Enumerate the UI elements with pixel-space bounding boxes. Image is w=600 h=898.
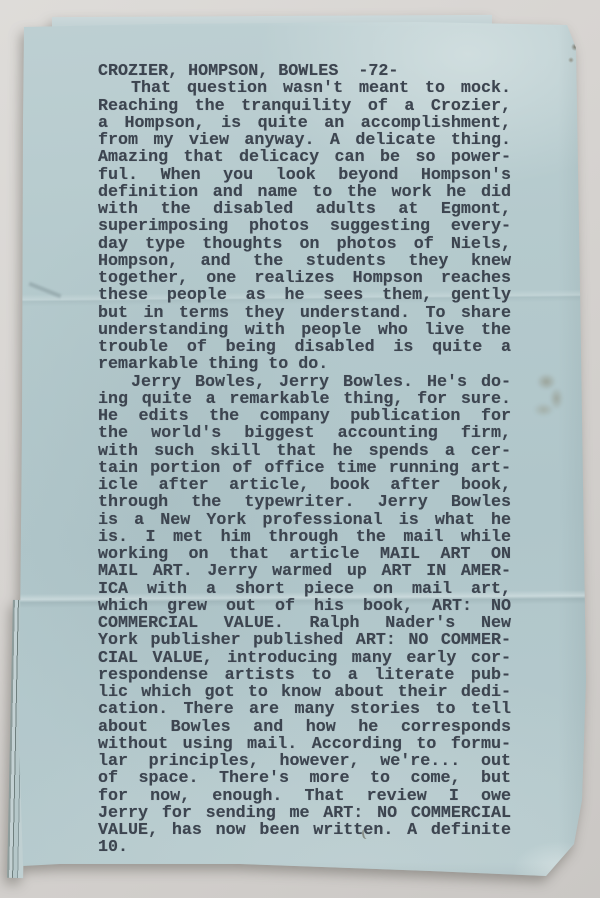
- paper-sheet: CROZIER, HOMPSON, BOWLES -72- That quest…: [0, 0, 600, 898]
- text-line: understanding with people who live the: [98, 322, 511, 339]
- text-line: VALUE, has now been written. A definite: [98, 822, 511, 839]
- text-line: day type thoughts on photos of Niels,: [98, 236, 511, 253]
- text-line: remarkable thing to do.: [98, 356, 511, 373]
- text-line: is a New York professional is what he: [98, 512, 511, 529]
- text-line: trouble of being disabled is quite a: [98, 339, 511, 356]
- text-line: Hompson, and the students they knew: [98, 253, 511, 270]
- text-line: working on that article MAIL ART ON: [98, 546, 511, 563]
- text-line: definition and name to the work he did: [98, 184, 511, 201]
- text-line: ICA with a short piece on mail art,: [98, 581, 511, 598]
- text-line: with such skill that he spends a cer-: [98, 443, 511, 460]
- text-line: without using mail. According to formu-: [98, 736, 511, 753]
- text-line: That question wasn't meant to mock.: [98, 80, 511, 97]
- text-line: CIAL VALUE, introducing many early cor-: [98, 650, 511, 667]
- text-line: COMMERCIAL VALUE. Ralph Nader's New: [98, 615, 511, 632]
- text-line: of space. There's more to come, but: [98, 770, 511, 787]
- text-line: from my view anyway. A delicate thing.: [98, 132, 511, 149]
- text-line: respondense artists to a literate pub-: [98, 667, 511, 684]
- text-line: ful. When you look beyond Hompson's: [98, 167, 511, 184]
- paper-group: CROZIER, HOMPSON, BOWLES -72- That quest…: [0, 0, 600, 898]
- text-line: which grew out of his book, ART: NO: [98, 598, 511, 615]
- text-line: about Bowles and how he corresponds: [98, 719, 511, 736]
- text-line: but in terms they understand. To share: [98, 305, 511, 322]
- text-line: He edits the company publication for: [98, 408, 511, 425]
- text-line: Reaching the tranquility of a Crozier,: [98, 98, 511, 115]
- stain: [528, 366, 574, 422]
- corner-stain-marks: [558, 20, 584, 68]
- text-line: together, one realizes Hompson reaches: [98, 270, 511, 287]
- text-line: superimposing photos suggesting every-: [98, 218, 511, 235]
- text-line: cation. There are many stories to tell: [98, 701, 511, 718]
- text-line: Jerry for sending me ART: NO COMMERCIAL: [98, 805, 511, 822]
- typewritten-text: CROZIER, HOMPSON, BOWLES -72- That quest…: [98, 63, 511, 857]
- text-line: MAIL ART. Jerry warmed up ART IN AMER-: [98, 563, 511, 580]
- photo-background: CROZIER, HOMPSON, BOWLES -72- That quest…: [0, 0, 600, 898]
- text-line: ing quite a remarkable thing, for sure.: [98, 391, 511, 408]
- text-line: Jerry Bowles, Jerry Bowles. He's do-: [98, 374, 511, 391]
- text-line: tain portion of office time running art-: [98, 460, 511, 477]
- text-line: Amazing that delicacy can be so power-: [98, 149, 511, 166]
- document-header: CROZIER, HOMPSON, BOWLES -72-: [98, 63, 511, 80]
- text-line: lic which got to know about their dedi-: [98, 684, 511, 701]
- text-line: 10.: [98, 839, 511, 856]
- text-line: the world's biggest accounting firm,: [98, 425, 511, 442]
- text-line: icle after article, book after book,: [98, 477, 511, 494]
- text-line: York publisher published ART: NO COMMER-: [98, 632, 511, 649]
- text-line: these people as he sees them, gently: [98, 287, 511, 304]
- text-line: for now, enough. That review I owe: [98, 788, 511, 805]
- text-line: lar principles, however, we're... out: [98, 753, 511, 770]
- text-line: is. I met him through the mail while: [98, 529, 511, 546]
- text-line: through the typewriter. Jerry Bowles: [98, 494, 511, 511]
- text-line: a Hompson, is quite an accomplishment,: [98, 115, 511, 132]
- text-line: with the disabled adults at Egmont,: [98, 201, 511, 218]
